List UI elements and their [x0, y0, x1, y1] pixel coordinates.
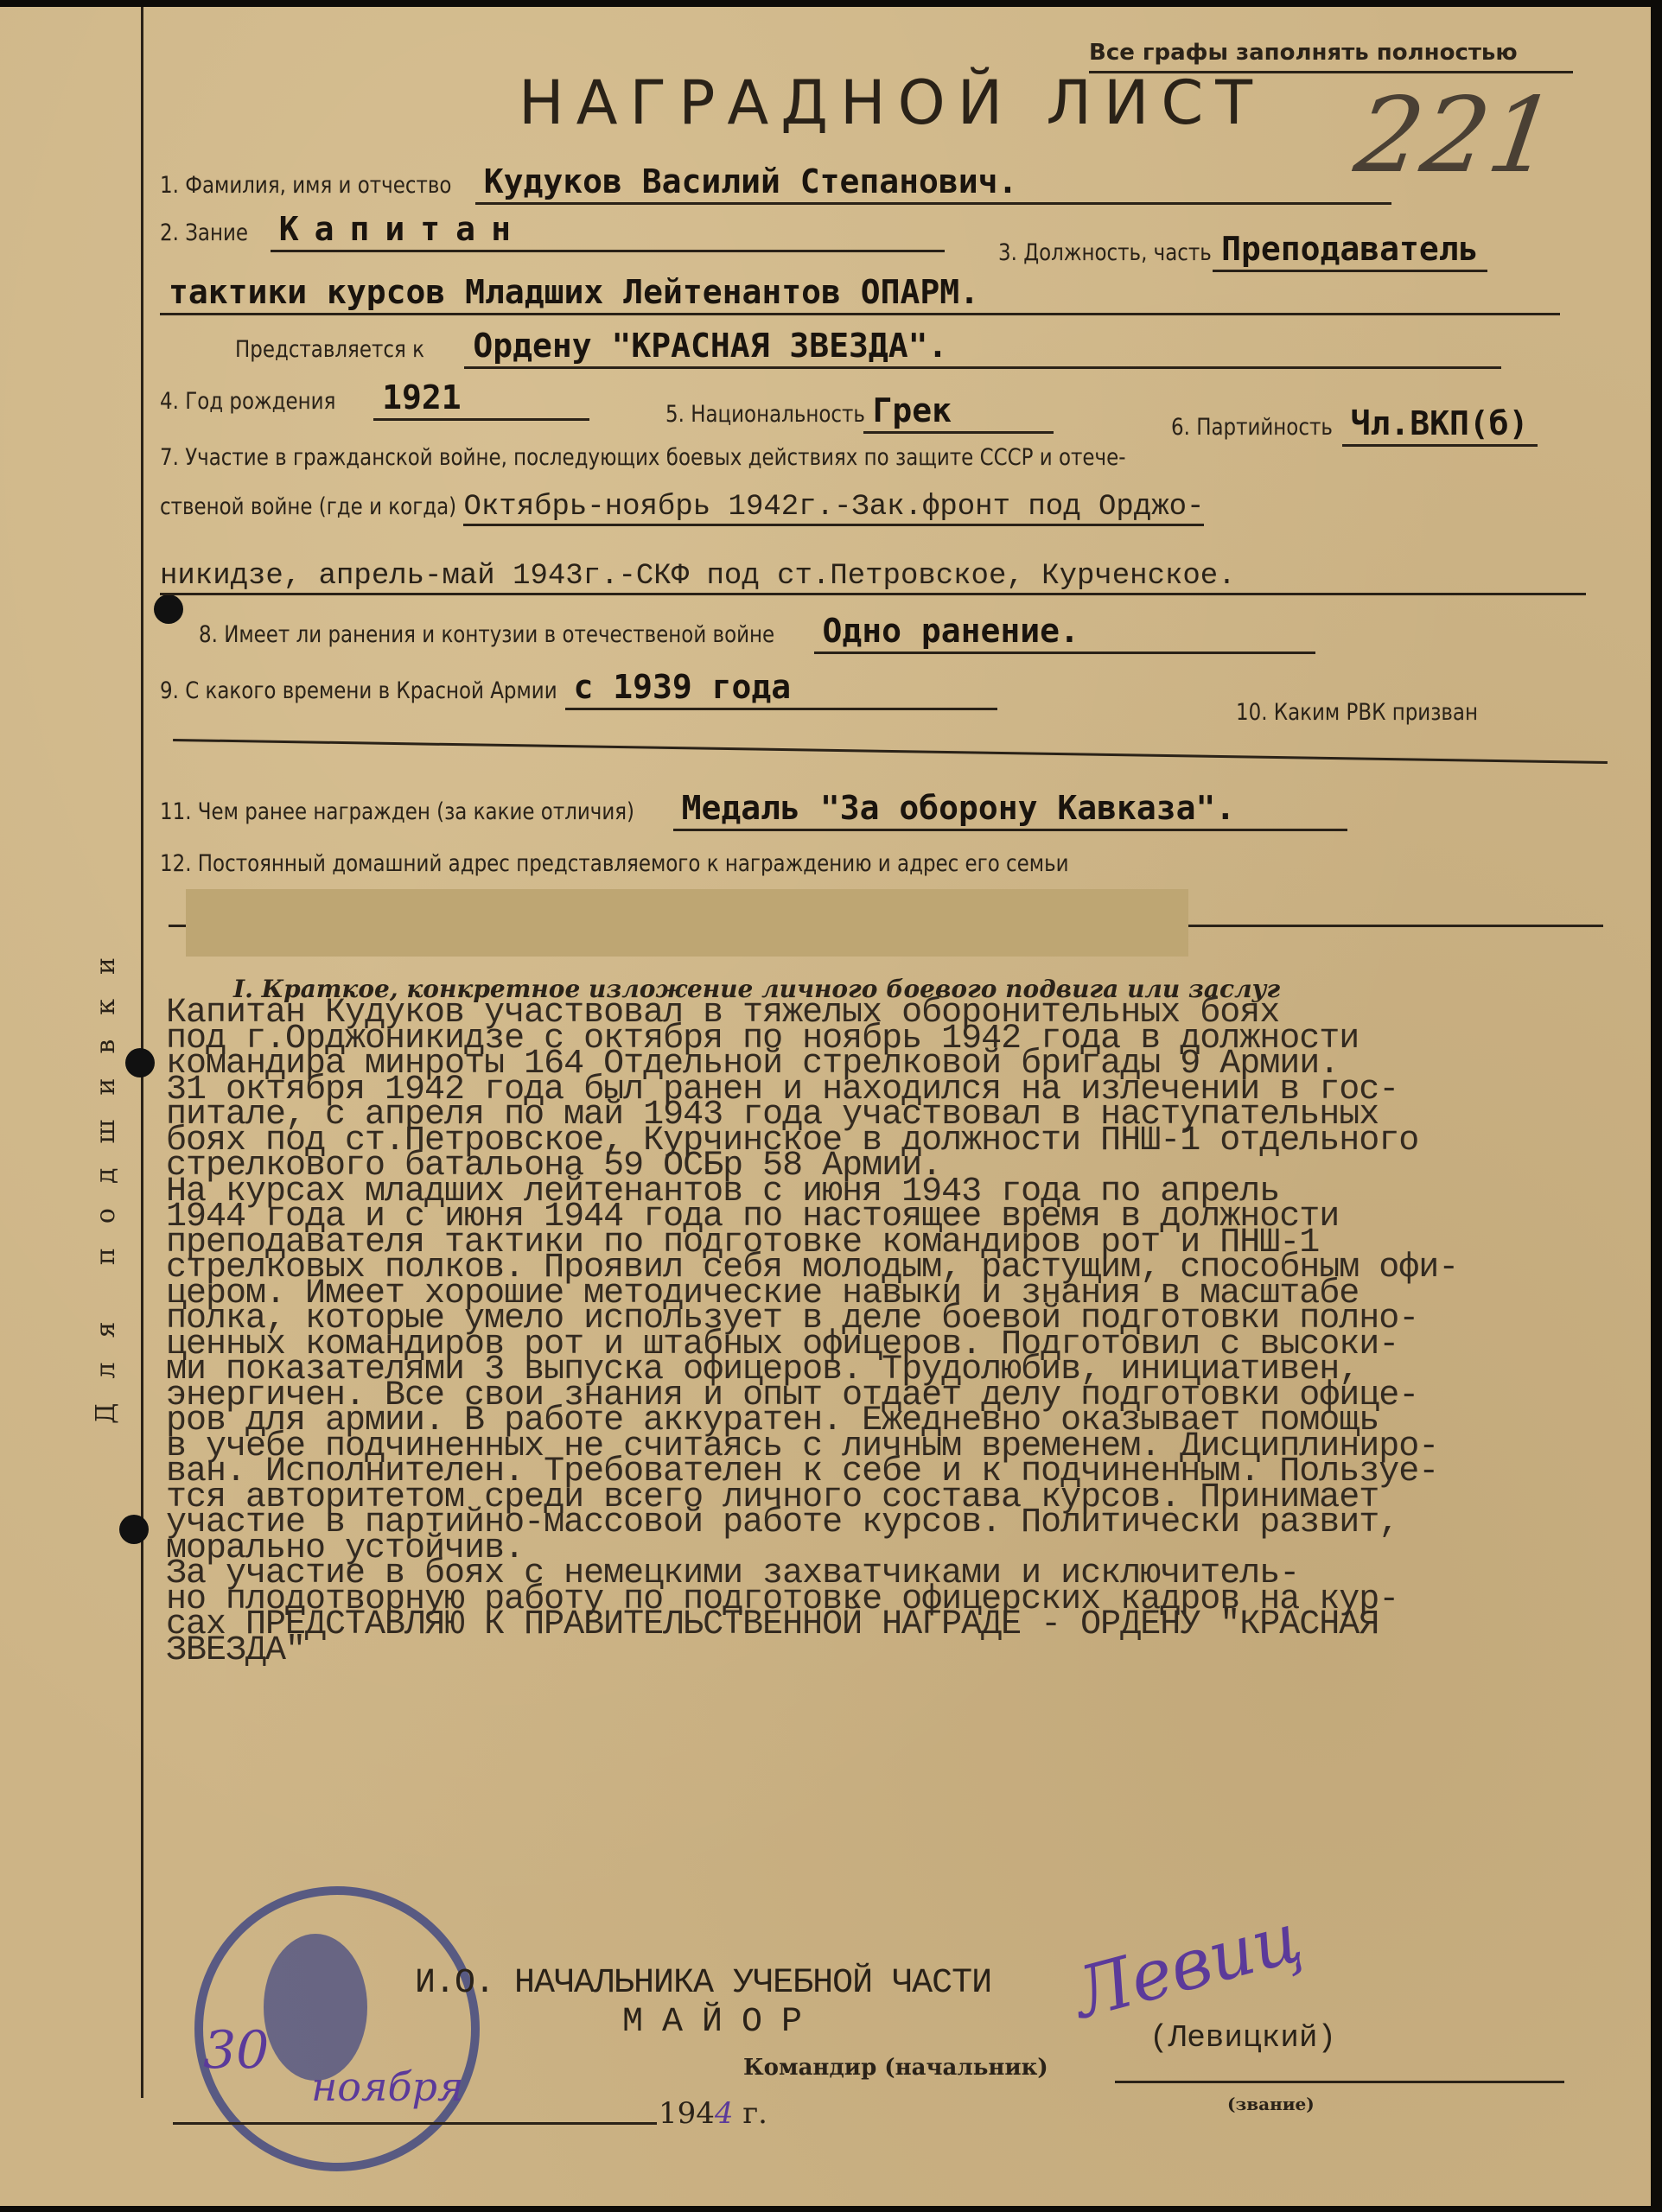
field-prev-awards: 11. Чем ранее награжден (за какие отличи…: [160, 789, 1347, 831]
punch-hole: [154, 594, 183, 624]
field-award-label: Представляется к: [235, 336, 424, 363]
field-position-label: 3. Должность, часть: [998, 239, 1212, 266]
field-service-value: с 1939 года: [565, 668, 997, 710]
field-birth-year: 4. Год рождения 1921: [160, 378, 589, 421]
punch-hole: [119, 1515, 149, 1544]
award-sheet: Для подшивки Все графы заполнять полност…: [0, 7, 1651, 2206]
field-name-value: Кудуков Василий Степанович.: [475, 162, 1391, 205]
signatory-rank: МАЙОР: [622, 2003, 821, 2042]
field-nationality-label: 5. Национальность: [665, 401, 865, 428]
field-rank: 2. Зание Капитан: [160, 210, 945, 252]
field-position-value: Преподаватель: [1213, 230, 1487, 272]
field-rvk-label: 10. Каким РВК призван: [1236, 699, 1478, 726]
field-prev-awards-label: 11. Чем ранее награжден (за какие отличи…: [160, 798, 634, 825]
field-nationality: 5. Национальность Грек: [665, 391, 1054, 434]
field-combat-label: 7. Участие в гражданской войне, последую…: [160, 444, 1125, 471]
field-wounds-value: Одно ранение.: [814, 612, 1315, 654]
field-combat-line3: никидзе, апрель-май 1943г.-СКФ под ст.Пе…: [160, 560, 1586, 595]
date-year-abbr: г.: [742, 2096, 767, 2131]
field-party-label: 6. Партийность: [1171, 414, 1333, 441]
section-body: Капитан Кудуков участвовал в тяжелых обо…: [166, 1001, 1635, 1663]
field-birth-year-value: 1921: [373, 378, 589, 421]
date-line: [173, 2122, 657, 2125]
date-day: 30: [203, 2020, 269, 2081]
rank-caption: (звание): [1227, 2094, 1315, 2114]
field-party: 6. Партийность Чл.ВКП(б): [1171, 404, 1538, 447]
field-service: 9. С какого времени в Красной Армии с 19…: [160, 668, 997, 710]
binding-label: Для подшивки: [91, 933, 121, 1424]
field-rank-value: Капитан: [271, 210, 945, 252]
field-nationality-value: Грек: [863, 391, 1054, 434]
field-combat-value-cont: никидзе, апрель-май 1943г.-СКФ под ст.Пе…: [160, 560, 1586, 595]
field-rvk-line: [173, 739, 1608, 764]
field-address: 12. Постоянный домашний адрес представля…: [160, 849, 1229, 877]
field-party-value: Чл.ВКП(б): [1342, 404, 1538, 447]
field-birth-year-label: 4. Год рождения: [160, 388, 335, 415]
field-position-cont: тактики курсов Младших Лейтенантов ОПАРМ…: [160, 273, 1560, 315]
commander-line: [1115, 2081, 1564, 2083]
field-rank-label: 2. Зание: [160, 219, 248, 246]
field-position: 3. Должность, часть Преподаватель: [998, 230, 1487, 272]
field-award: Представляется к Ордену "КРАСНАЯ ЗВЕЗДА"…: [235, 327, 1501, 369]
field-address-label: 12. Постоянный домашний адрес представля…: [160, 850, 1069, 877]
signatory-name: (Левицкий): [1149, 2020, 1336, 2056]
field-prev-awards-value: Медаль "За оборону Кавказа".: [673, 789, 1347, 831]
field-combat-label-cont: ственой войне (где и когда): [160, 493, 456, 520]
field-wounds: 8. Имеет ли ранения и контузии в отечест…: [199, 612, 1315, 654]
commander-label: Командир (начальник): [743, 2055, 1048, 2081]
field-award-value: Ордену "КРАСНАЯ ЗВЕЗДА".: [464, 327, 1501, 369]
field-combat-line2: ственой войне (где и когда) Октябрь-нояб…: [160, 491, 1204, 524]
signatory-title: И.О. НАЧАЛЬНИКА УЧЕБНОЙ ЧАСТИ: [415, 1964, 991, 2003]
field-combat-value: Октябрь-ноябрь 1942г.-Зак.фронт под Ордж…: [463, 491, 1204, 526]
field-rvk: 10. Каким РВК призван: [1236, 698, 1520, 726]
date-year-suffix: 4: [715, 2096, 734, 2131]
field-service-label: 9. С какого времени в Красной Армии: [160, 677, 557, 704]
handwritten-signature: Левиц: [1066, 1897, 1310, 2034]
field-combat-label-line1: 7. Участие в гражданской войне, последую…: [160, 443, 1296, 471]
date-month: ноября: [311, 2063, 463, 2110]
punch-hole: [125, 1048, 155, 1077]
field-wounds-label: 8. Имеет ли ранения и контузии в отечест…: [199, 621, 774, 648]
field-name-label: 1. Фамилия, имя и отчество: [160, 172, 451, 199]
date-year: 1944 г.: [659, 2096, 767, 2131]
field-name: 1. Фамилия, имя и отчество Кудуков Васил…: [160, 162, 1391, 205]
redacted-address: [186, 889, 1188, 957]
document-title: НАГРАДНОЙ ЛИСТ: [519, 67, 1264, 138]
date-year-prefix: 194: [659, 2096, 715, 2131]
field-position-value-cont: тактики курсов Младших Лейтенантов ОПАРМ…: [160, 273, 1560, 315]
